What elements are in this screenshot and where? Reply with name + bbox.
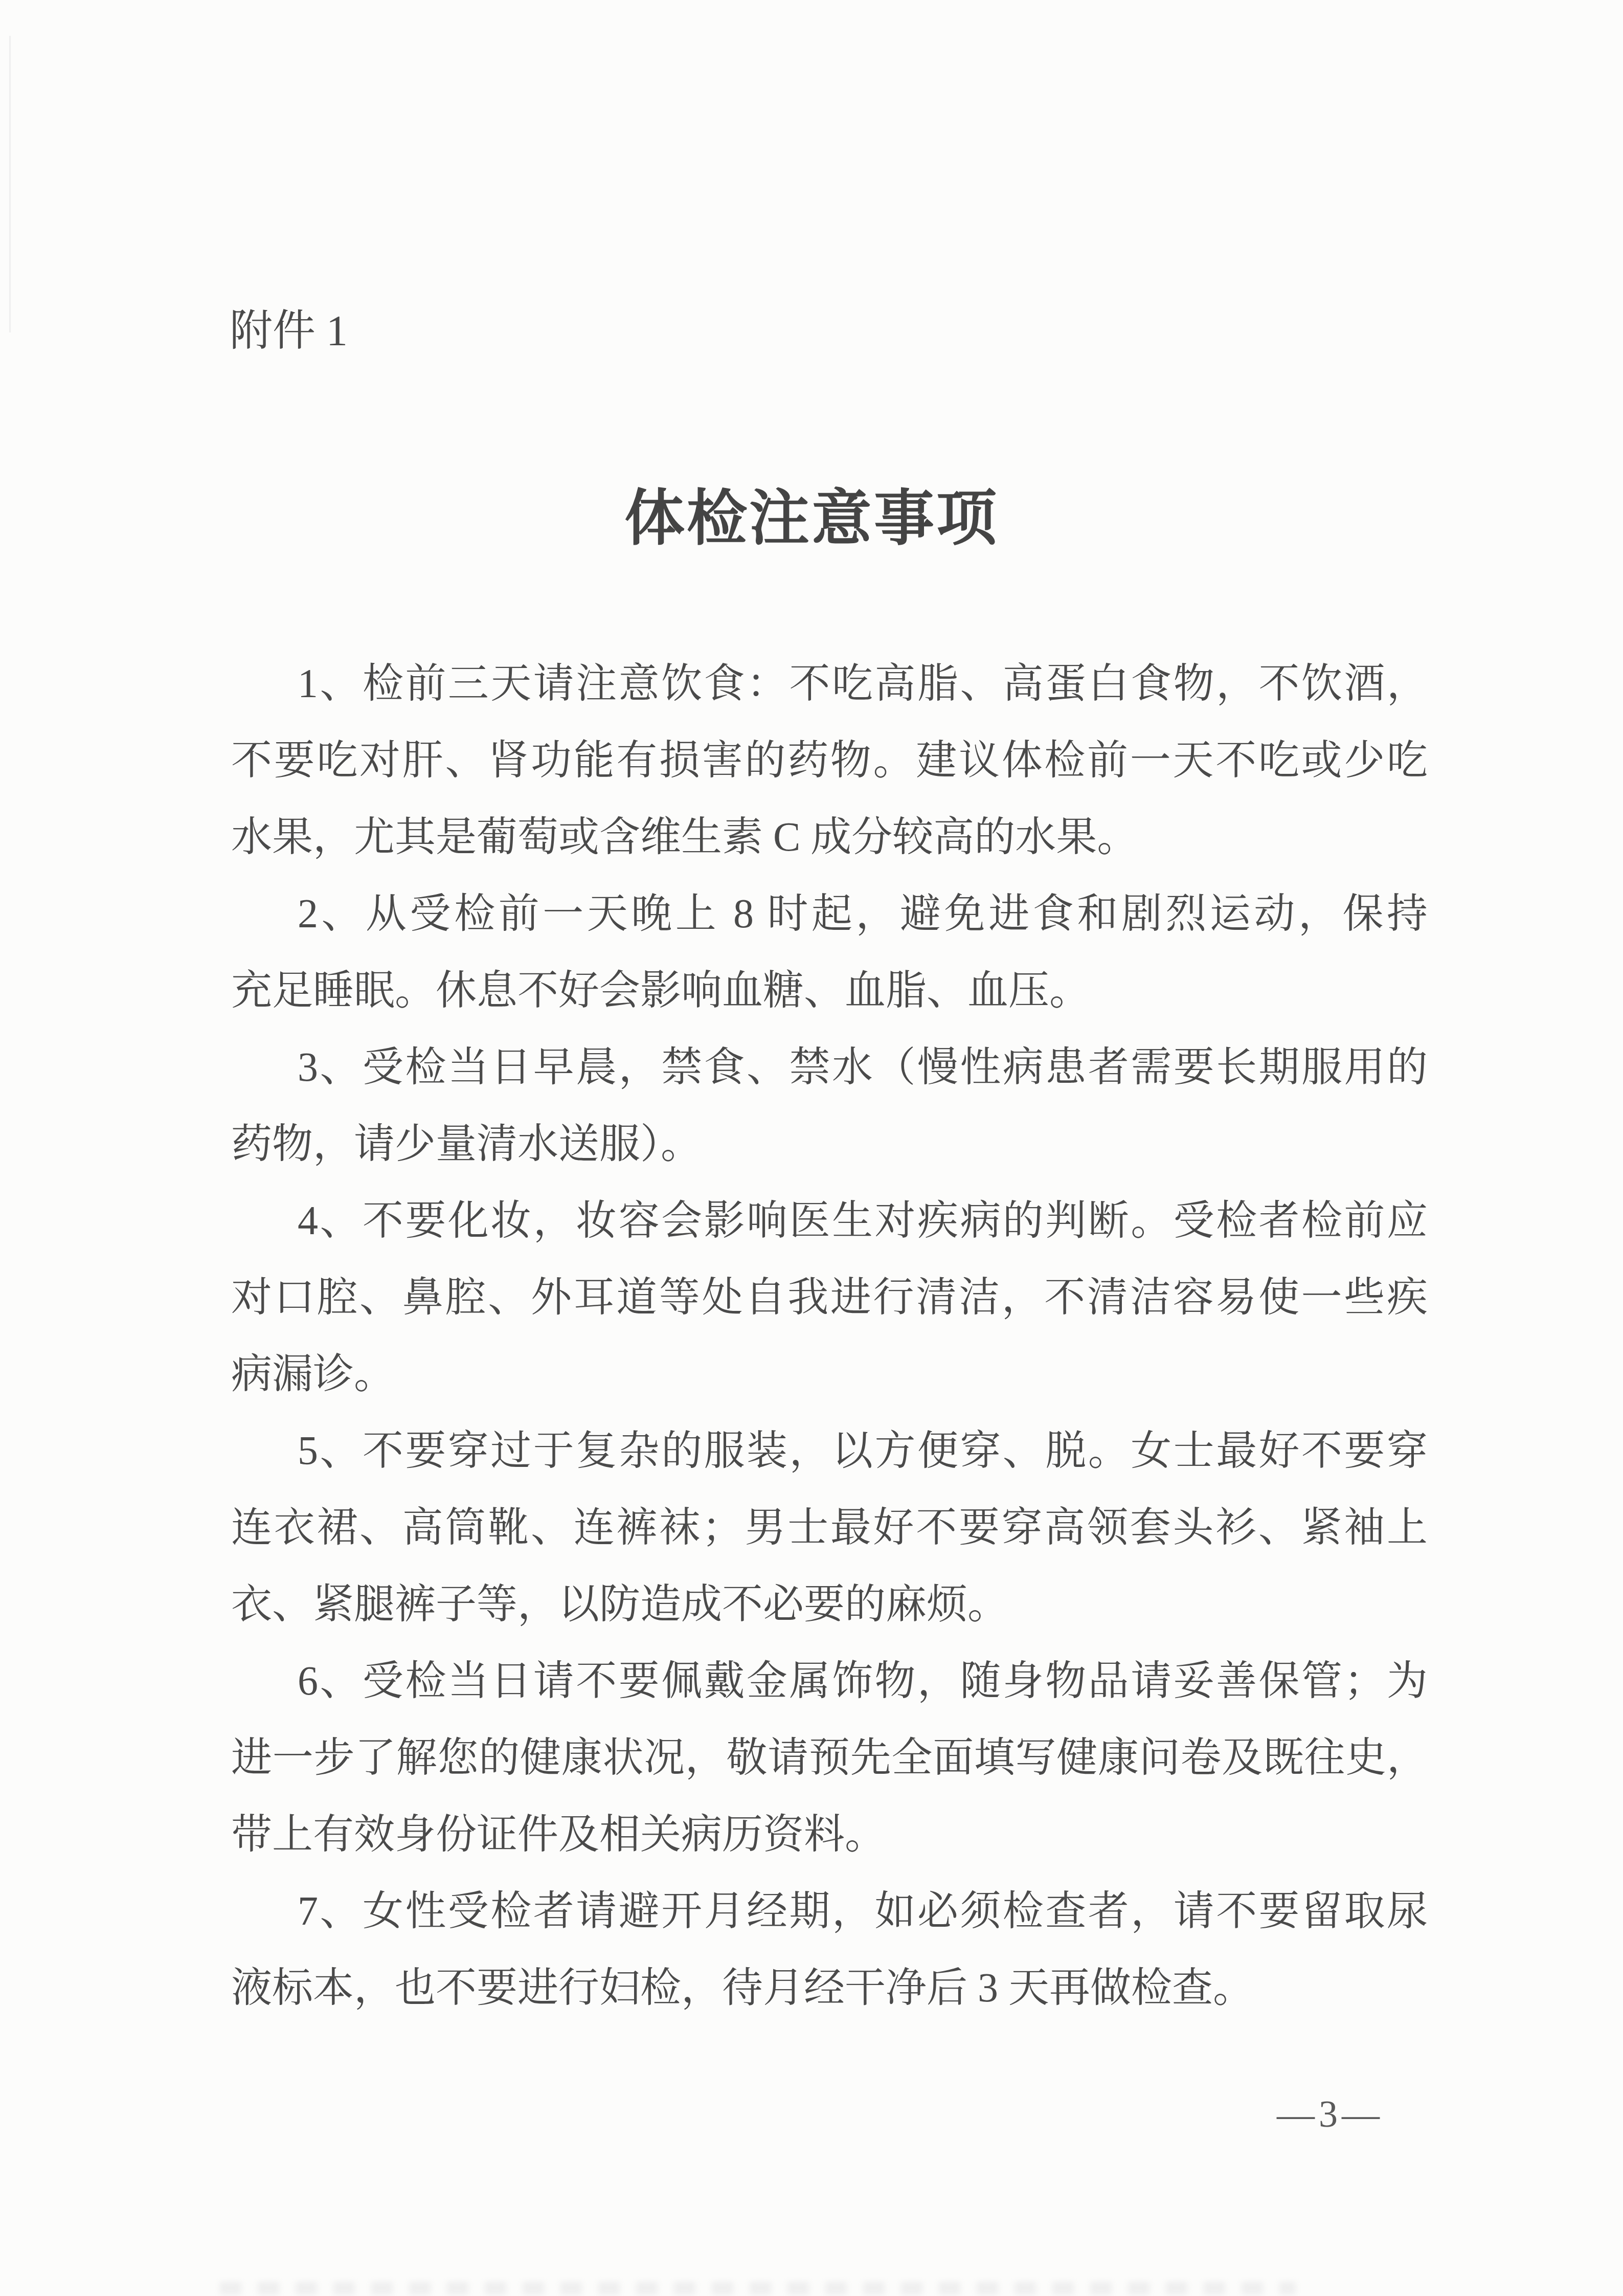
text-line: 液标本，也不要进行妇检，待月经干净后 3 天再做检查。: [231, 1950, 1428, 2026]
text-line: 对口腔、鼻腔、外耳道等处自我进行清洁，不清洁容易使一些疾: [231, 1259, 1428, 1336]
text-line: 7、女性受检者请避开月经期，如必须检查者，请不要留取尿: [231, 1873, 1428, 1950]
text-line: 5、不要穿过于复杂的服装，以方便穿、脱。女士最好不要穿: [231, 1413, 1428, 1489]
attachment-label: 附件 1: [230, 306, 348, 358]
text-line: 衣、紧腿裤子等，以防造成不必要的麻烦。: [231, 1566, 1428, 1643]
text-line: 1、检前三天请注意饮食：不吃高脂、高蛋白食物，不饮酒，: [231, 645, 1428, 722]
text-line: 3、受检当日早晨，禁食、禁水（慢性病患者需要长期服用的: [231, 1029, 1428, 1106]
text-line: 充足睡眠。休息不好会影响血糖、血脂、血压。: [231, 952, 1428, 1029]
text-line: 4、不要化妆，妆容会影响医生对疾病的判断。受检者检前应: [231, 1183, 1428, 1259]
text-line: 不要吃对肝、肾功能有损害的药物。建议体检前一天不吃或少吃: [231, 722, 1428, 799]
text-line: 带上有效身份证件及相关病历资料。: [231, 1796, 1428, 1873]
text-line: 6、受检当日请不要佩戴金属饰物，随身物品请妥善保管；为: [231, 1643, 1428, 1720]
text-line: 水果，尤其是葡萄或含维生素 C 成分较高的水果。: [231, 799, 1428, 876]
page-number: —3—: [1277, 2093, 1384, 2136]
bleed-through-artifact: [220, 2282, 1296, 2295]
text-line: 药物，请少量清水送服）。: [231, 1106, 1428, 1183]
document-body: 1、检前三天请注意饮食：不吃高脂、高蛋白食物，不饮酒，不要吃对肝、肾功能有损害的…: [231, 645, 1428, 2026]
document-page: 附件 1 体检注意事项 1、检前三天请注意饮食：不吃高脂、高蛋白食物，不饮酒，不…: [0, 0, 1623, 2296]
text-line: 进一步了解您的健康状况，敬请预先全面填写健康问卷及既往史，: [231, 1720, 1428, 1796]
text-line: 病漏诊。: [231, 1336, 1428, 1413]
page-title: 体检注意事项: [0, 470, 1623, 556]
text-line: 2、从受检前一天晚上 8 时起，避免进食和剧烈运动，保持: [231, 876, 1428, 952]
scan-artifact-line: [9, 36, 11, 332]
text-line: 连衣裙、高筒靴、连裤袜；男士最好不要穿高领套头衫、紧袖上: [231, 1489, 1428, 1566]
